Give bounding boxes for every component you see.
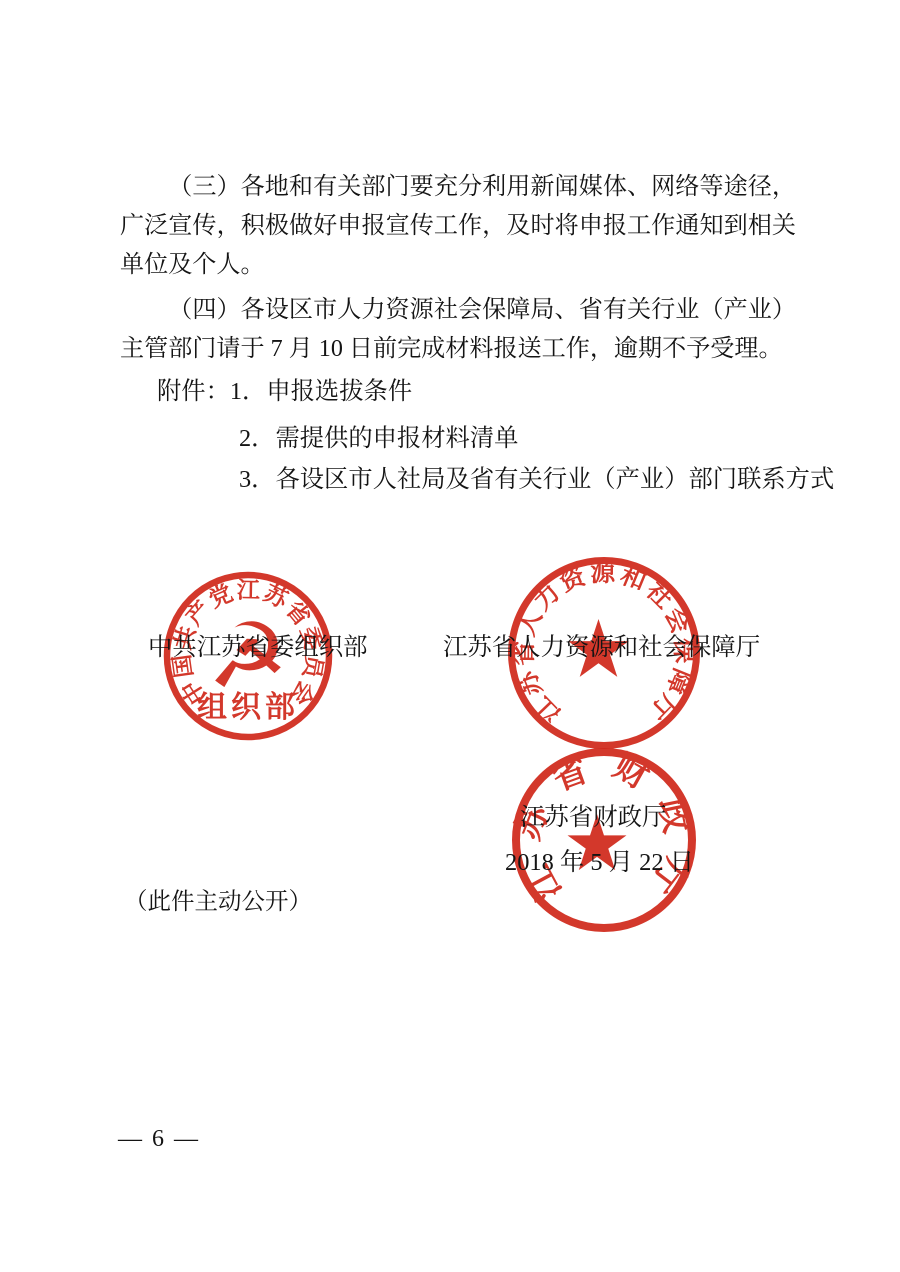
attachment-item-2: 2．需提供的申报材料清单 (239, 423, 518, 454)
signature-date: 2018 年 5 月 22 日 (505, 849, 694, 877)
document-page: 中国共产党江苏省委员会 ☭ 组织部 江苏省人力资源和社会保障厅 江苏省财政厅 （… (0, 0, 900, 1272)
attachments-line-1: 附件：1．申报选拔条件 (157, 376, 412, 407)
printed-text-layer: （三）各地和有关部门要充分利用新闻媒体、网络等途径，广泛宣传，积极做好申报宣传工… (0, 0, 900, 1272)
attachment-item-1: 1．申报选拔条件 (230, 378, 412, 405)
paragraph-item-4: （四）各设区市人力资源社会保障局、省有关行业（产业）主管部门请于 7 月 10 … (120, 291, 796, 369)
attachment-item-3: 3．各设区市人社局及省有关行业（产业）部门联系方式 (239, 459, 841, 501)
signature-org-finance: 江苏省财政厅 (520, 804, 666, 832)
signature-org-hr: 江苏省人力资源和社会保障厅 (443, 634, 760, 662)
paragraph-item-3: （三）各地和有关部门要充分利用新闻媒体、网络等途径，广泛宣传，积极做好申报宣传工… (120, 168, 796, 285)
signature-org-party: 中共江苏省委组织部 (148, 634, 368, 662)
disclosure-note: （此件主动公开） (124, 888, 312, 916)
page-number: — 6 — (118, 1126, 200, 1153)
attachments-label: 附件： (157, 378, 230, 405)
